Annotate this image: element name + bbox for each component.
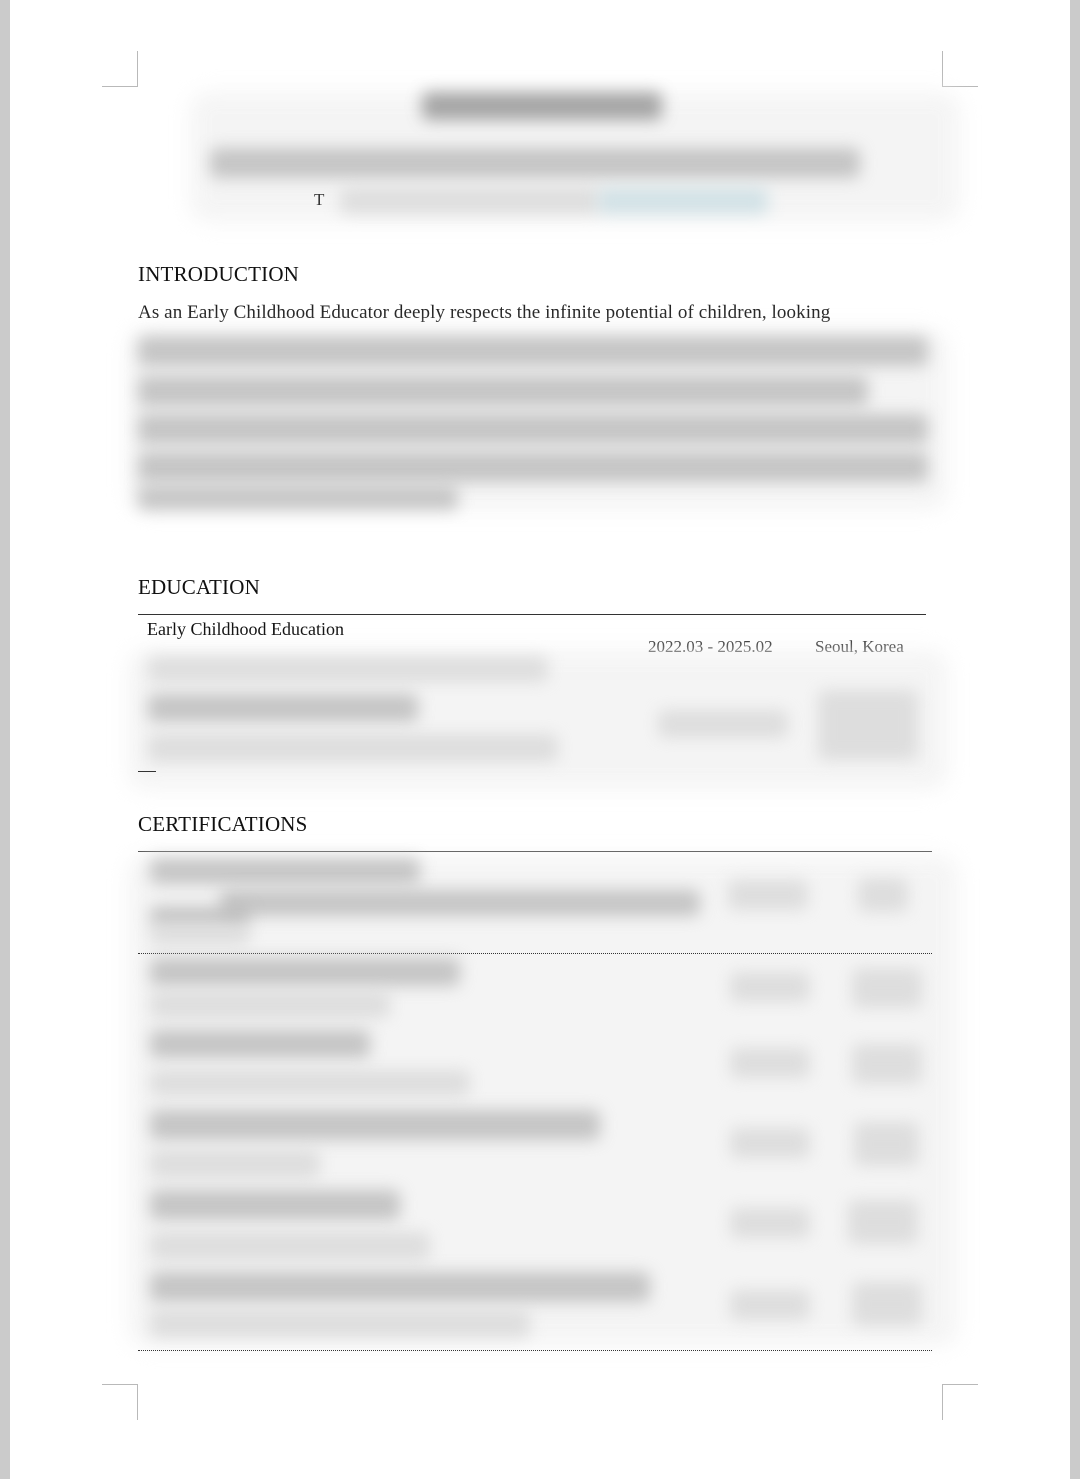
introduction-heading: INTRODUCTION bbox=[138, 262, 299, 287]
contact-line-1-redacted bbox=[210, 148, 860, 178]
introduction-text-redacted bbox=[138, 336, 928, 366]
document-page: T INTRODUCTION As an Early Childhood Edu… bbox=[10, 0, 1070, 1479]
introduction-first-line: As an Early Childhood Educator deeply re… bbox=[138, 302, 830, 324]
education-details-redacted bbox=[148, 656, 548, 682]
applicant-name-redacted bbox=[422, 92, 662, 120]
contact-line-2-redacted bbox=[340, 188, 600, 214]
education-entry-title: Early Childhood Education bbox=[147, 619, 344, 640]
education-short-rule bbox=[138, 771, 156, 772]
crop-mark-top-right bbox=[942, 51, 978, 87]
crop-mark-bottom-left bbox=[102, 1384, 138, 1420]
certification-row-divider bbox=[138, 953, 932, 954]
contact-line-2-prefix: T bbox=[314, 190, 324, 210]
education-heading: EDUCATION bbox=[138, 575, 260, 600]
certifications-heading: CERTIFICATIONS bbox=[138, 812, 308, 837]
crop-mark-top-left bbox=[102, 51, 138, 87]
certifications-divider bbox=[138, 851, 932, 852]
crop-mark-bottom-right bbox=[942, 1384, 978, 1420]
contact-link-redacted[interactable] bbox=[598, 188, 768, 214]
education-divider bbox=[138, 614, 926, 615]
certifications-bottom-divider bbox=[138, 1350, 932, 1351]
education-entry-redacted bbox=[148, 694, 418, 722]
